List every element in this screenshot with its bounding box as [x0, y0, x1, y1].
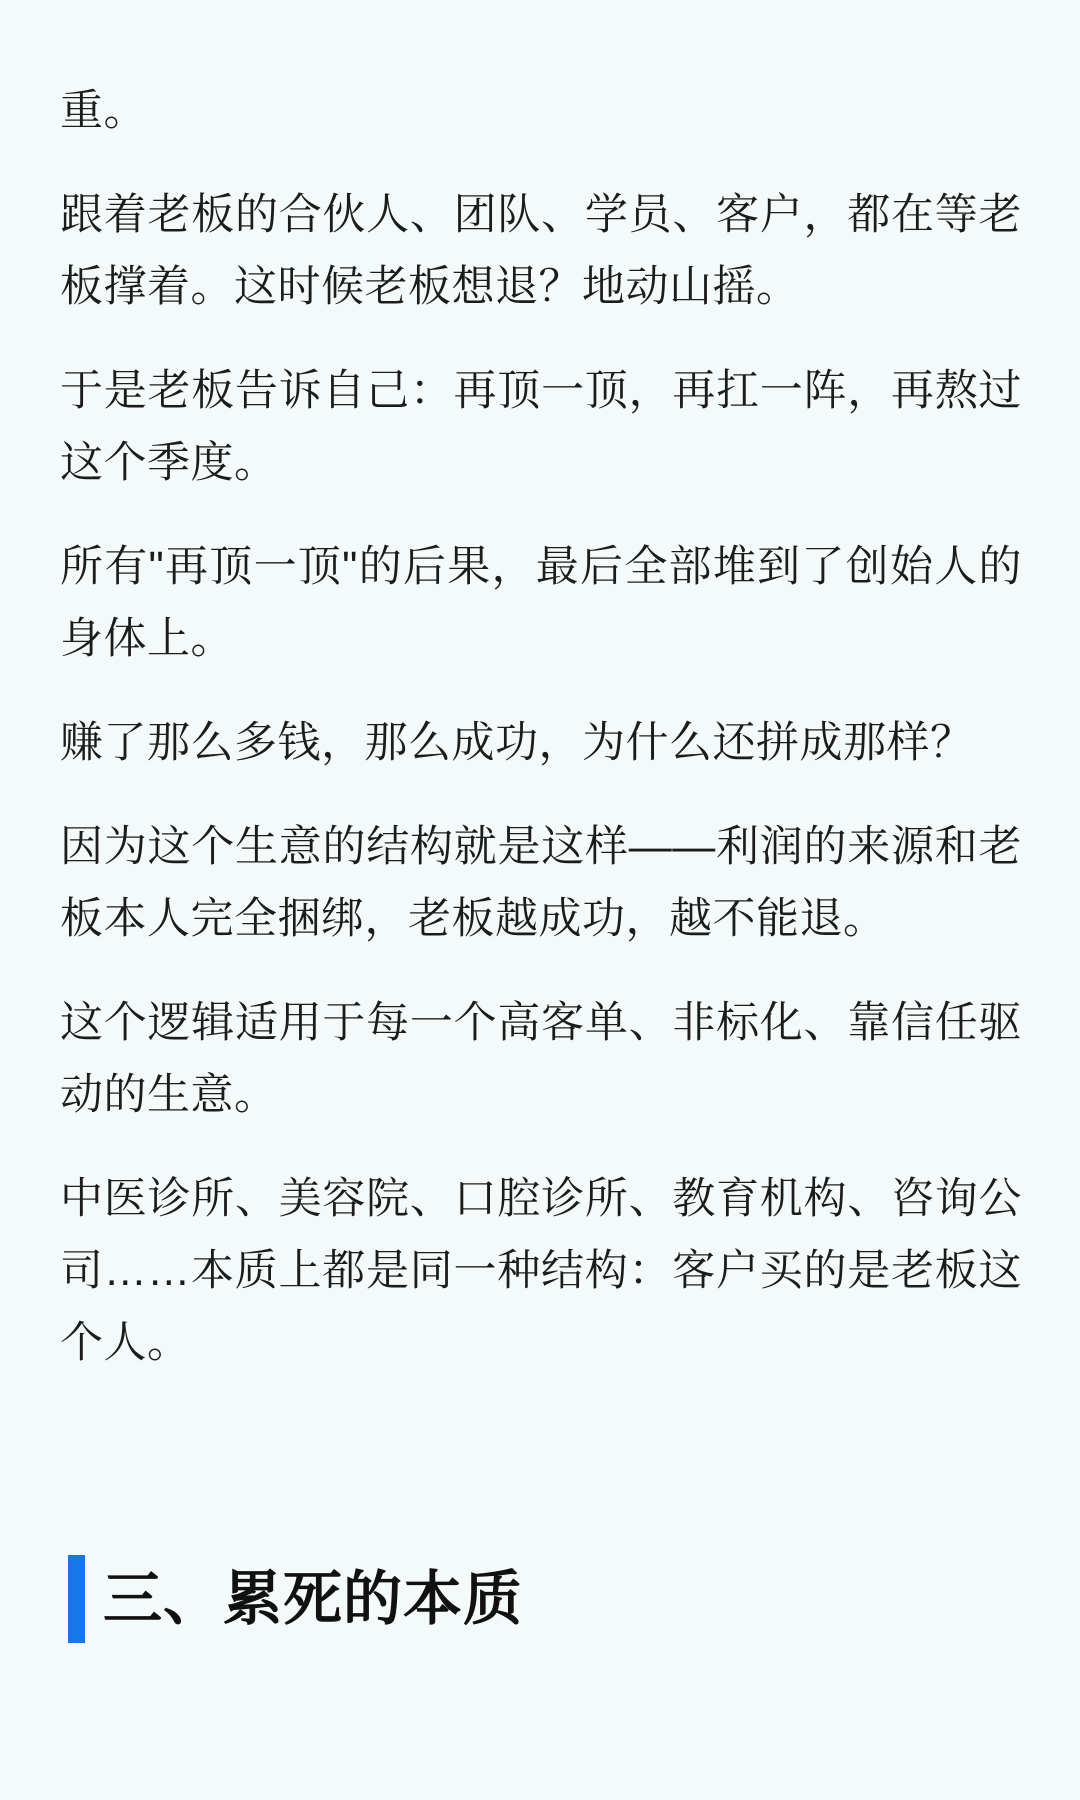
paragraph: 中医诊所、美容院、口腔诊所、教育机构、咨询公司……本质上都是同一种结构：客户买的… — [60, 1163, 1022, 1379]
paragraph: 于是老板告诉自己：再顶一顶，再扛一阵，再熬过这个季度。 — [60, 355, 1022, 499]
paragraph: 重。 — [60, 75, 1022, 147]
section-heading: 三、累死的本质 — [68, 1555, 1022, 1643]
article-body: 重。 跟着老板的合伙人、团队、学员、客户，都在等老板撑着。这时候老板想退？地动山… — [60, 75, 1022, 1643]
paragraph: 赚了那么多钱，那么成功，为什么还拼成那样？ — [60, 707, 1022, 779]
paragraph: 所有"再顶一顶"的后果，最后全部堆到了创始人的身体上。 — [60, 531, 1022, 675]
paragraph: 因为这个生意的结构就是这样——利润的来源和老板本人完全捆绑，老板越成功，越不能退… — [60, 811, 1022, 955]
article-page: 重。 跟着老板的合伙人、团队、学员、客户，都在等老板撑着。这时候老板想退？地动山… — [0, 0, 1080, 1800]
paragraph: 这个逻辑适用于每一个高客单、非标化、靠信任驱动的生意。 — [60, 987, 1022, 1131]
heading-accent-bar-icon — [68, 1555, 85, 1643]
section-heading-title: 三、累死的本质 — [103, 1555, 523, 1643]
paragraph: 跟着老板的合伙人、团队、学员、客户，都在等老板撑着。这时候老板想退？地动山摇。 — [60, 179, 1022, 323]
